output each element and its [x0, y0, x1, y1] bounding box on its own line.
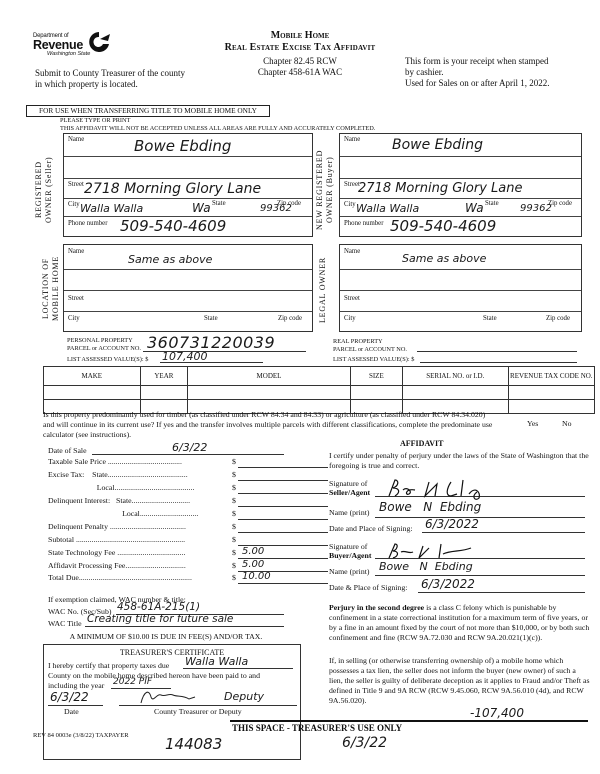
chapter-wac: Chapter 458-61A WAC: [200, 67, 400, 78]
fee-label: Subtotal ...............................…: [48, 535, 185, 544]
buyer-street-field[interactable]: Street 2718 Morning Glory Lane: [340, 178, 581, 198]
state-label: State: [204, 315, 218, 322]
location-label-1: LOCATION OF: [41, 257, 50, 318]
buyer-street-value: 2718 Morning Glory Lane: [358, 181, 522, 196]
chapter-refs: Chapter 82.45 RCW Chapter 458-61A WAC: [200, 56, 400, 78]
seller-signature-scribble-icon: [385, 478, 495, 500]
fee-label: Local..............................: [48, 509, 198, 518]
col-serial: SERIAL NO. or I.D.: [402, 367, 508, 386]
street-label: Street: [344, 295, 360, 302]
buyer-state-value: Wa: [465, 201, 484, 215]
fee-amount-field[interactable]: [238, 483, 328, 494]
fee-label: Excise Tax: State.......................…: [48, 470, 188, 479]
fee-label: Total Due...............................…: [48, 573, 192, 582]
affidavit-certify-text: I certify under penalty of perjury under…: [329, 451, 589, 471]
zip-label: Zip code: [277, 200, 301, 207]
buyer-print-name-field[interactable]: Bowe N Ebding: [375, 561, 585, 576]
buyer-name-field[interactable]: Name Bowe Ebding: [340, 134, 581, 156]
seller-print-name-field[interactable]: Bowe N Ebding: [375, 500, 585, 518]
timber-question: Is this property predominantly used for …: [43, 410, 493, 440]
legal-owner-label: LEGAL OWNER: [318, 257, 327, 323]
state-label: State: [483, 315, 497, 322]
name-label: Name: [68, 248, 84, 255]
affidavit-title: AFFIDAVIT: [400, 439, 443, 448]
col-make: MAKE: [44, 367, 141, 386]
zip-label: Zip code: [278, 315, 302, 322]
currency-symbol: $: [232, 561, 236, 570]
logo-revenue-text: Revenue: [33, 38, 83, 52]
buyer-date-value: 6/3/2022: [421, 577, 475, 591]
legal-owner-name-value: Same as above: [402, 252, 486, 265]
street-label: Street: [68, 295, 84, 302]
treasurer-title: TREASURER'S CERTIFICATE: [44, 648, 300, 657]
fee-amount-field[interactable]: [238, 509, 328, 520]
seller-signature-field[interactable]: [375, 478, 585, 497]
buyer-city-field[interactable]: City Walla Walla Wa State 99362 Zip code: [340, 198, 581, 216]
treasurer-signature-scribble-icon: [139, 689, 199, 705]
real-parcel-field[interactable]: [417, 340, 577, 352]
location-label-2: MOBILE HOME: [51, 255, 60, 320]
seller-name-value: Bowe Ebding: [134, 137, 231, 155]
buyer-label-2: OWNER (Buyer): [325, 157, 334, 224]
fee-amount-field[interactable]: [238, 522, 328, 533]
seller-city-field[interactable]: City Walla Walla Wa State 99362 Zip code: [64, 198, 312, 216]
seller-name-label: Name (print): [329, 508, 370, 518]
buyer-phone-field[interactable]: Phone number 509-540-4609: [340, 216, 581, 237]
seller-sig-label1: Signature of: [329, 479, 370, 488]
col-size: SIZE: [350, 367, 402, 386]
cell-revenue-code[interactable]: [508, 386, 594, 400]
fee-label: Taxable Sale Price .....................…: [48, 457, 182, 466]
buyer-date-field[interactable]: 6/3/2022: [418, 578, 585, 593]
form-id: REV 84 0003e (3/8/22) TAXPAYER: [33, 732, 129, 739]
personal-property-label: PERSONAL PROPERTY PARCEL or ACCOUNT NO.: [67, 337, 141, 352]
col-model: MODEL: [188, 367, 350, 386]
zip-label: Zip code: [548, 200, 572, 207]
fee-row: Total Due...............................…: [48, 573, 284, 584]
treasurer-year-field[interactable]: 2022 PIF: [111, 678, 171, 689]
currency-symbol: $: [232, 509, 236, 518]
pp-assessed-label: LIST ASSESSED VALUE(S): $: [67, 356, 148, 363]
currency-symbol: $: [232, 496, 236, 505]
treasurer-use-divider: [230, 720, 588, 722]
buyer-section-label: NEW REGISTERED OWNER (Buyer): [315, 140, 339, 240]
cell-size[interactable]: [350, 386, 402, 400]
treasurer-county-field[interactable]: Walla Walla: [183, 657, 293, 669]
legal-owner-box: Name Same as above Street City State Zip…: [339, 244, 582, 332]
cell-revenue-code[interactable]: [508, 400, 594, 414]
location-city-field[interactable]: City State Zip code: [64, 311, 312, 332]
fee-row: State Technology Fee ...................…: [48, 548, 284, 559]
fee-row: Local...................................…: [48, 483, 284, 494]
city-label: City: [344, 315, 356, 322]
fee-label: Affidavit Processing Fee................…: [48, 561, 186, 570]
seller-city-value: Walla Walla: [80, 202, 143, 215]
rp-assessed-label: LIST ASSESSED VALUE(S): $: [333, 356, 414, 363]
seller-signature-label: Signature of Seller/Agent: [329, 479, 370, 497]
seller-label-1: REGISTERED: [34, 162, 43, 219]
handwritten-value-note: -107,400: [470, 706, 524, 720]
timber-no-option[interactable]: No: [562, 419, 572, 428]
fee-label: Delinquent Penalty .....................…: [48, 522, 186, 531]
fee-amount-value: 5.00: [242, 546, 264, 557]
perjury-notice: Perjury in the second degree is a class …: [329, 603, 591, 643]
form-title-line2: Real Estate Excise Tax Affidavit: [200, 42, 400, 53]
seller-name-line2[interactable]: [64, 156, 312, 178]
treasurer-date-value: 6/3/22: [50, 690, 89, 704]
name-label: Name: [344, 136, 360, 143]
buyer-label-1: NEW REGISTERED: [315, 150, 324, 230]
col-year: YEAR: [140, 367, 188, 386]
chapter-rcw: Chapter 82.45 RCW: [200, 56, 400, 67]
legal-owner-name-line2[interactable]: [340, 269, 581, 290]
rp-label2: PARCEL or ACCOUNT NO.: [333, 346, 407, 354]
date-of-sale-label: Date of Sale: [48, 446, 87, 455]
wac-no-value: 458-61A-215(1): [117, 601, 200, 613]
tax-lien-notice: If, in selling (or otherwise transferrin…: [329, 656, 591, 706]
treasurer-signature-value: Deputy: [224, 690, 264, 703]
treasurer-year-value: 2022 PIF: [113, 677, 152, 687]
buyer-signature-scribble-icon: [385, 542, 475, 560]
buyer-name-label: Name (print): [329, 567, 370, 577]
logo-state-text: Washington State: [47, 51, 90, 57]
wac-title-value: Creating title for future sale: [87, 613, 233, 625]
treasurer-signature-field[interactable]: Deputy: [119, 692, 297, 706]
street-label: Street: [68, 181, 84, 188]
seller-street-value: 2718 Morning Glory Lane: [84, 181, 261, 197]
receipt-line3: Used for Sales on or after April 1, 2022…: [405, 78, 595, 89]
treasurer-date-field[interactable]: 6/3/22: [48, 692, 103, 706]
fee-amount-field[interactable]: [238, 535, 328, 546]
receipt-line2: by cashier.: [405, 67, 595, 78]
fee-amount-field[interactable]: [238, 470, 328, 481]
city-label: City: [68, 315, 80, 322]
cell-model[interactable]: [188, 386, 350, 400]
real-assessed-field[interactable]: [420, 353, 577, 363]
location-name-value: Same as above: [128, 253, 212, 266]
treasurer-date-label: Date: [64, 707, 79, 716]
treasurer-use-label: THIS SPACE - TREASURER'S USE ONLY: [232, 723, 402, 733]
personal-assessed-field[interactable]: 107,400: [160, 351, 263, 363]
location-section-label: LOCATION OF MOBILE HOME: [41, 248, 65, 328]
treasurer-line1: I hereby certify that property taxes due: [48, 661, 169, 670]
fee-row: Local..............................$: [48, 509, 284, 520]
seller-state-value: Wa: [192, 201, 211, 215]
cell-make[interactable]: [44, 386, 141, 400]
fee-amount-value: 10.00: [242, 571, 271, 582]
state-label: State: [212, 200, 226, 207]
submit-note-line2: in which property is located.: [35, 79, 245, 90]
dor-logo: Department of Revenue Washington State: [33, 30, 113, 62]
seller-print-name-value: Bowe N Ebding: [379, 500, 481, 514]
seller-date-label: Date and Place of Signing:: [329, 524, 413, 534]
state-label: State: [485, 200, 499, 207]
col-revenue-code: REVENUE TAX CODE NO.: [508, 367, 594, 386]
currency-symbol: $: [232, 483, 236, 492]
fee-amount-value: 5.00: [242, 559, 264, 570]
table-row: [44, 386, 595, 400]
timber-yes-option[interactable]: Yes: [527, 419, 538, 428]
buyer-signature-label: Signature of Buyer/Agent: [329, 542, 371, 560]
buyer-phone-value: 509-540-4609: [390, 217, 496, 235]
perjury-bold: Perjury in the second degree: [329, 603, 424, 612]
seller-phone-value: 509-540-4609: [120, 217, 226, 235]
receipt-number: 144083: [165, 735, 222, 753]
currency-symbol: $: [232, 522, 236, 531]
real-property-label: REAL PROPERTY PARCEL or ACCOUNT NO.: [333, 338, 407, 353]
mobile-home-table: MAKE YEAR MODEL SIZE SERIAL NO. or I.D. …: [43, 366, 595, 414]
pp-label1: PERSONAL PROPERTY: [67, 337, 141, 345]
currency-symbol: $: [232, 470, 236, 479]
form-title-line1: Mobile Home: [200, 30, 400, 41]
fee-row: Taxable Sale Price .....................…: [48, 457, 284, 468]
legal-owner-section-label: LEGAL OWNER: [318, 250, 332, 330]
wac-title-field[interactable]: Creating title for future sale: [85, 614, 284, 627]
receipt-line1: This form is your receipt when stamped: [405, 56, 595, 67]
location-box: Name Same as above Street City State Zip…: [63, 244, 313, 332]
phone-label: Phone number: [68, 220, 107, 227]
instruction-type-print: PLEASE TYPE OR PRINT: [60, 117, 130, 124]
currency-symbol: $: [232, 573, 236, 582]
buyer-signature-field[interactable]: [375, 542, 585, 559]
seller-box: Name Bowe Ebding Street 2718 Morning Glo…: [63, 133, 313, 237]
stamp-date: 6/3/22: [342, 735, 387, 751]
location-street-field[interactable]: Street: [64, 290, 312, 311]
table-header-row: MAKE YEAR MODEL SIZE SERIAL NO. or I.D. …: [44, 367, 595, 386]
seller-phone-field[interactable]: Phone number 509-540-4609: [64, 216, 312, 237]
buyer-sig-label1: Signature of: [329, 542, 371, 551]
pp-label2: PARCEL or ACCOUNT NO.: [67, 345, 141, 353]
personal-assessed-value: 107,400: [162, 350, 208, 363]
buyer-name-value: Bowe Ebding: [392, 137, 483, 153]
buyer-date-label: Date & Place of Signing:: [329, 583, 407, 593]
legal-owner-street-field[interactable]: Street: [340, 290, 581, 311]
seller-date-field[interactable]: 6/3/2022: [422, 518, 585, 533]
rp-label1: REAL PROPERTY: [333, 338, 407, 346]
currency-symbol: $: [232, 535, 236, 544]
fee-row: Excise Tax: State.......................…: [48, 470, 284, 481]
currency-symbol: $: [232, 548, 236, 557]
title-transfer-banner: FOR USE WHEN TRANSFERRING TITLE TO MOBIL…: [26, 105, 270, 117]
receipt-note: This form is your receipt when stamped b…: [405, 56, 595, 89]
seller-section-label: REGISTERED OWNER (Seller): [34, 140, 58, 240]
wac-title-label: WAC Title: [48, 619, 82, 628]
date-of-sale-value: 6/3/22: [172, 441, 207, 454]
fee-label: State Technology Fee ...................…: [48, 548, 185, 557]
buyer-name-line2[interactable]: [340, 156, 581, 178]
fee-amount-field[interactable]: [238, 457, 328, 468]
fee-row: Delinquent Interest: State..............…: [48, 496, 284, 507]
fee-amount-field[interactable]: 10.00: [238, 573, 328, 584]
buyer-sig-label2: Buyer/Agent: [329, 551, 371, 560]
legal-owner-city-field[interactable]: City State Zip code: [340, 311, 581, 332]
seller-name-field[interactable]: Name Bowe Ebding: [64, 134, 312, 156]
seller-label-2: OWNER (Seller): [44, 157, 53, 224]
date-of-sale-field[interactable]: 6/3/22: [92, 443, 284, 455]
location-name-field[interactable]: Name Same as above: [64, 245, 312, 269]
phone-label: Phone number: [344, 220, 383, 227]
legal-owner-name-field[interactable]: Name Same as above: [340, 245, 581, 269]
cell-serial[interactable]: [402, 386, 508, 400]
buyer-city-value: Walla Walla: [356, 202, 419, 215]
dor-logo-icon: [86, 30, 112, 54]
zip-label: Zip code: [546, 315, 570, 322]
fee-label: Local...................................…: [48, 483, 194, 492]
fee-amount-field[interactable]: 5.00: [238, 548, 328, 559]
fee-label: Delinquent Interest: State..............…: [48, 496, 190, 505]
seller-sig-label2: Seller/Agent: [329, 488, 370, 497]
location-name-line2[interactable]: [64, 269, 312, 290]
city-label: City: [344, 201, 356, 208]
fee-row: Subtotal ...............................…: [48, 535, 284, 546]
treasurer-line3: including the year: [48, 681, 104, 690]
minimum-due-note: A MINIMUM OF $10.00 IS DUE IN FEE(S) AND…: [48, 632, 284, 641]
instruction-complete-all: THIS AFFIDAVIT WILL NOT BE ACCEPTED UNLE…: [60, 125, 375, 132]
treasurer-county-value: Walla Walla: [185, 655, 248, 668]
fee-amount-field[interactable]: [238, 496, 328, 507]
cell-year[interactable]: [140, 386, 188, 400]
buyer-box: Name Bowe Ebding Street 2718 Morning Glo…: [339, 133, 582, 237]
fee-row: Delinquent Penalty .....................…: [48, 522, 284, 533]
seller-date-value: 6/3/2022: [425, 517, 479, 531]
buyer-print-name-value: Bowe N Ebding: [379, 560, 473, 573]
city-label: City: [68, 201, 80, 208]
name-label: Name: [344, 248, 360, 255]
treasurer-sig-label: County Treasurer or Deputy: [154, 707, 242, 716]
name-label: Name: [68, 136, 84, 143]
currency-symbol: $: [232, 457, 236, 466]
seller-street-field[interactable]: Street 2718 Morning Glory Lane: [64, 178, 312, 198]
